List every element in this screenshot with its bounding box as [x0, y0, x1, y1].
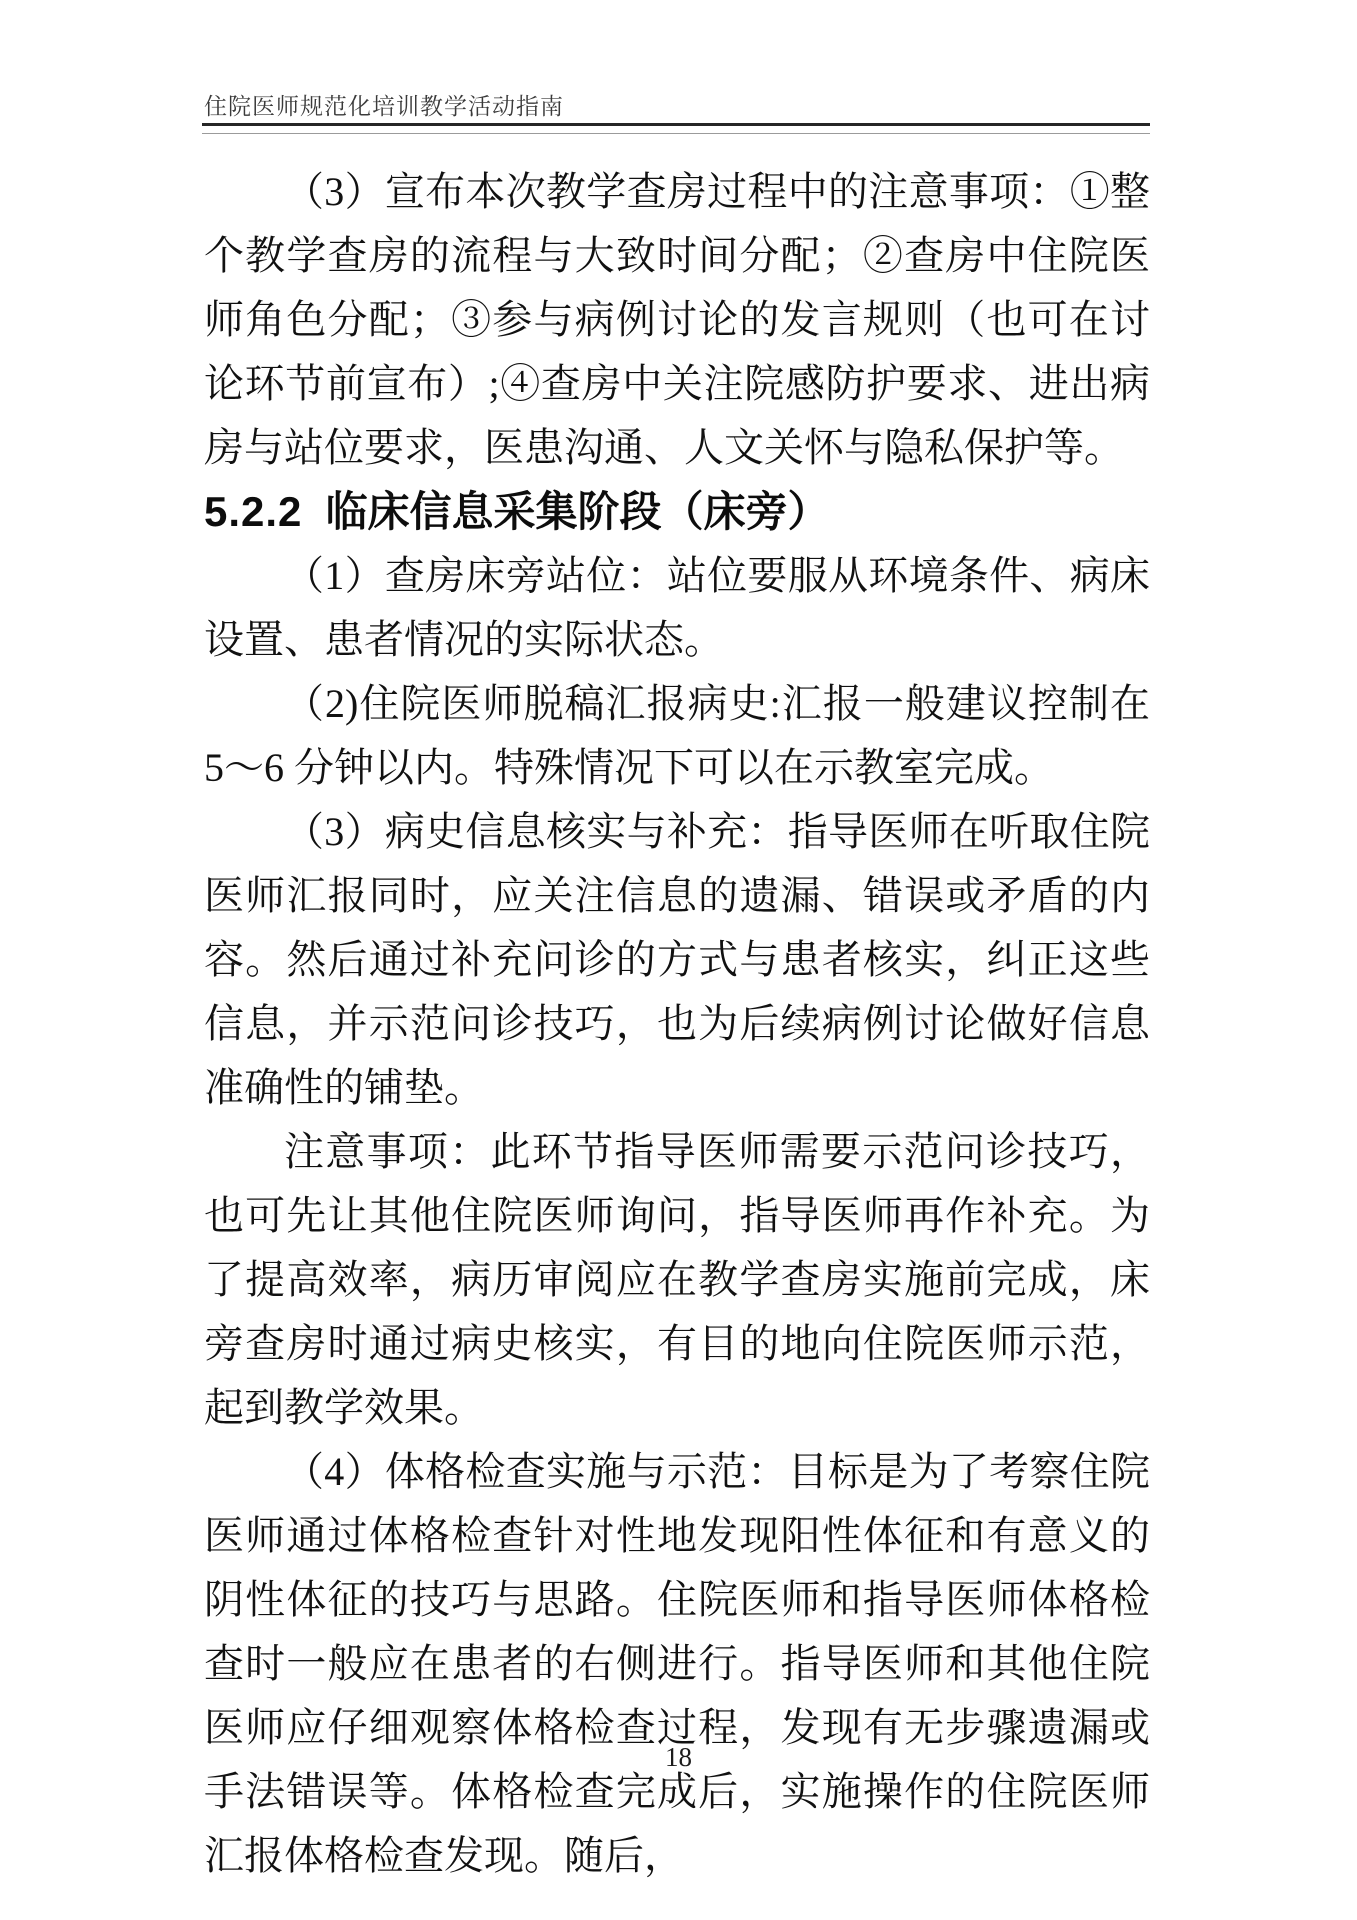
heading-title: 临床信息采集阶段（床旁）: [326, 488, 830, 535]
running-header: 住院医师规范化培训教学活动指南: [204, 88, 1152, 121]
paragraph: （4）体格检查实施与示范：目标是为了考察住院医师通过体格检查针对性地发现阳性体征…: [204, 1440, 1150, 1888]
paragraph: （1）查房床旁站位：站位要服从环境条件、病床设置、患者情况的实际状态。: [204, 544, 1150, 672]
heading-number: 5.2.2: [204, 488, 302, 535]
paragraph: （2)住院医师脱稿汇报病史:汇报一般建议控制在 5～6 分钟以内。特殊情况下可以…: [204, 672, 1150, 800]
page-number: 18: [0, 1742, 1357, 1773]
paragraph: （3）病史信息核实与补充：指导医师在听取住院医师汇报同时，应关注信息的遗漏、错误…: [204, 800, 1150, 1120]
section-heading: 5.2.2临床信息采集阶段（床旁）: [204, 480, 1150, 544]
paragraph: （3）宣布本次教学查房过程中的注意事项：①整个教学查房的流程与大致时间分配；②查…: [204, 160, 1150, 480]
paragraph: 注意事项：此环节指导医师需要示范问诊技巧，也可先让其他住院医师询问，指导医师再作…: [204, 1120, 1150, 1440]
header-rule: [202, 123, 1150, 134]
document-body: （3）宣布本次教学查房过程中的注意事项：①整个教学查房的流程与大致时间分配；②查…: [204, 160, 1150, 1888]
document-page: 住院医师规范化培训教学活动指南 （3）宣布本次教学查房过程中的注意事项：①整个教…: [0, 0, 1357, 1920]
